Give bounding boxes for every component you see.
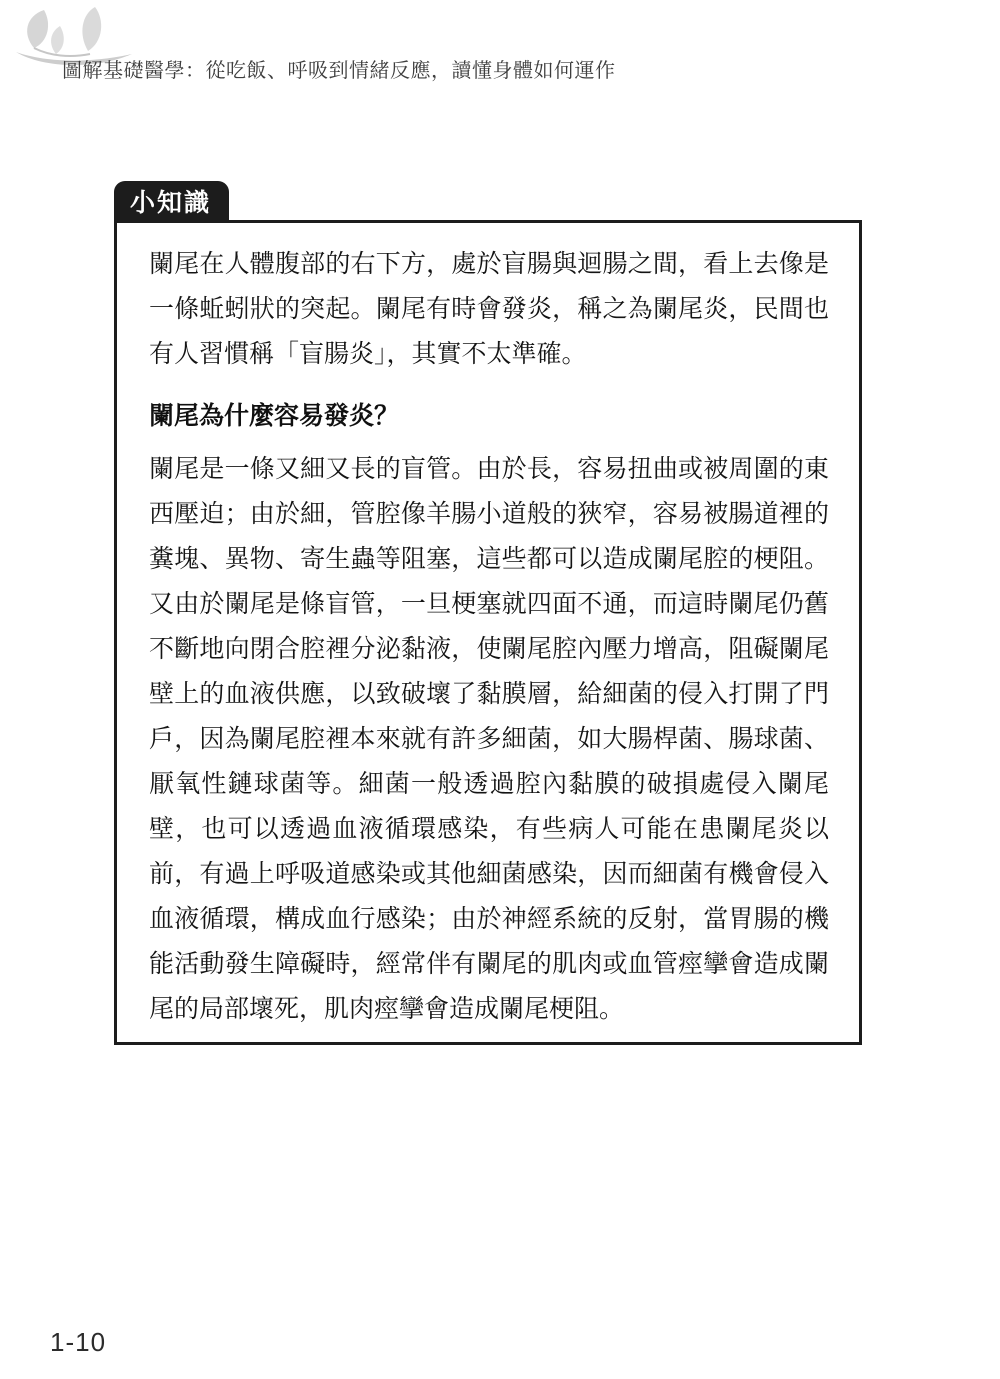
page-number: 1-10	[50, 1327, 106, 1358]
knowledge-tab-label: 小知識	[114, 181, 229, 223]
section-heading: 闌尾為什麼容易發炎？	[149, 394, 829, 439]
intro-paragraph: 闌尾在人體腹部的右下方，處於盲腸與迴腸之間，看上去像是一條蚯蚓狀的突起。闌尾有時…	[149, 242, 829, 377]
body-paragraph: 闌尾是一條又細又長的盲管。由於長，容易扭曲或被周圍的東西壓迫；由於細，管腔像羊腸…	[149, 447, 829, 1032]
knowledge-box: 闌尾在人體腹部的右下方，處於盲腸與迴腸之間，看上去像是一條蚯蚓狀的突起。闌尾有時…	[114, 220, 862, 1045]
book-title: 圖解基礎醫學：從吃飯、呼吸到情緒反應，讀懂身體如何運作	[62, 54, 762, 83]
